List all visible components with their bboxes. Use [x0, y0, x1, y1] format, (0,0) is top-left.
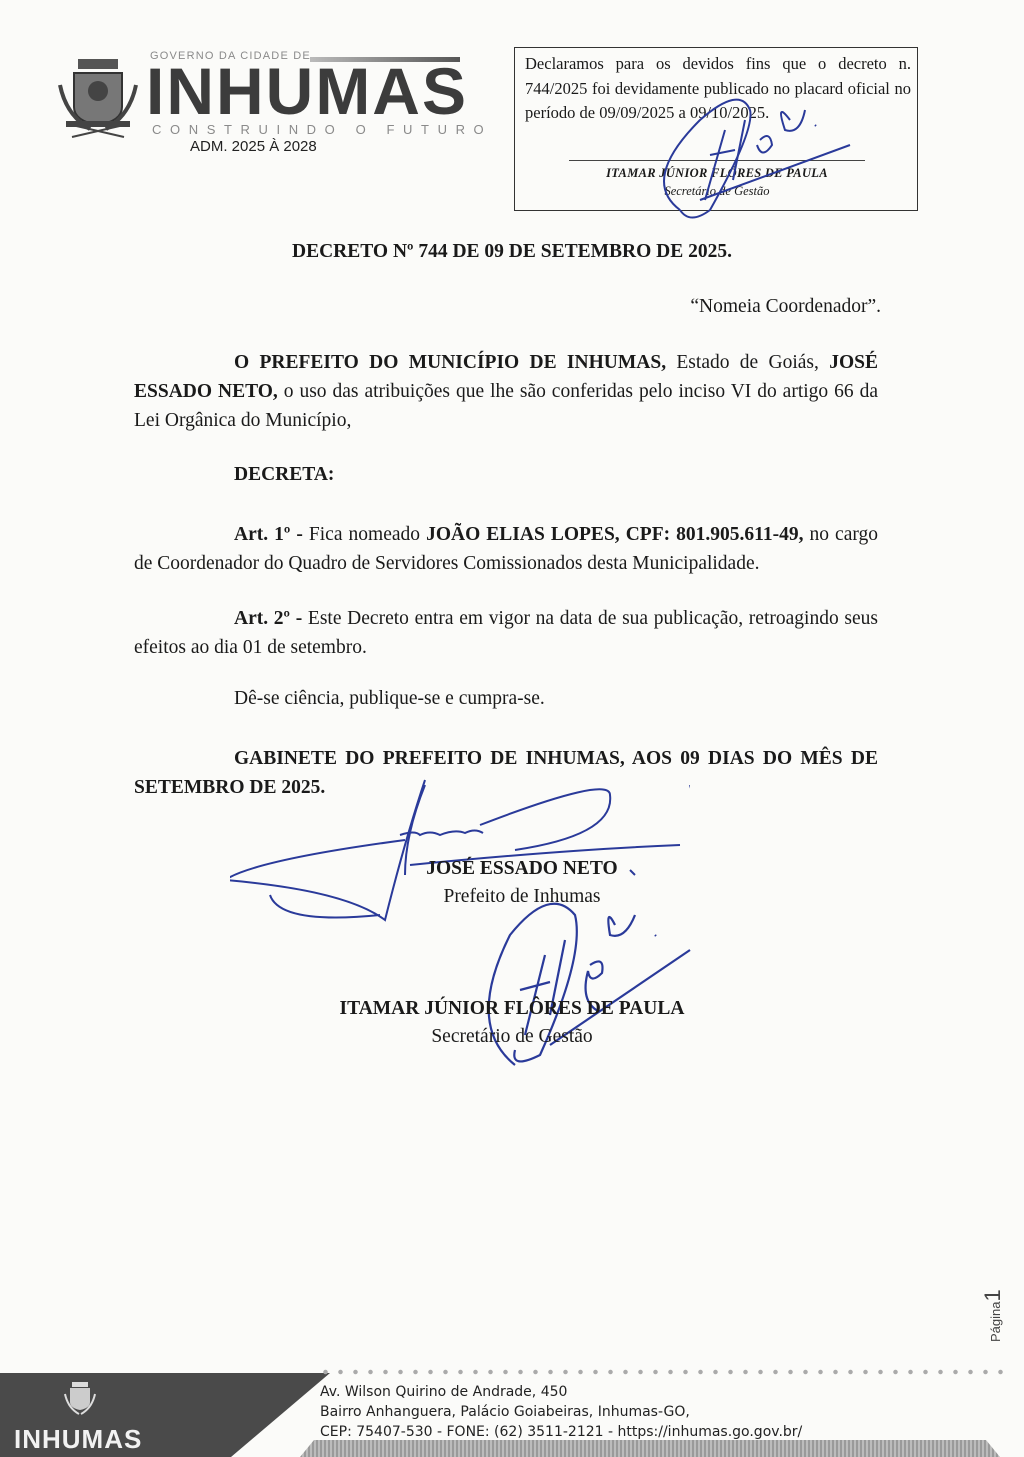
signature-line	[569, 160, 865, 161]
publication-signer-name: ITAMAR JÚNIOR FLÔRES DE PAULA	[515, 166, 919, 181]
secretary-name-signature: ITAMAR JÚNIOR FLÔRES DE PAULA	[0, 998, 1024, 1020]
mayor-name-signature: JOSÉ ESSADO NETO	[0, 858, 1024, 880]
publication-certificate-box: Declaramos para os devidos fins que o de…	[514, 47, 918, 211]
logo-slogan: CONSTRUINDO O FUTURO	[152, 122, 492, 137]
publication-signer-role: Secretário de Gestão	[515, 184, 919, 199]
footer-crest-icon	[62, 1380, 98, 1416]
publication-statement: Declaramos para os devidos fins que o de…	[525, 52, 911, 126]
decree-summary: “Nomeia Coordenador”.	[690, 296, 881, 318]
decreta-heading: DECRETA:	[234, 464, 334, 486]
address-district: Bairro Anhanguera, Palácio Goiabeiras, I…	[320, 1402, 802, 1422]
footer-dots-divider	[318, 1368, 1008, 1376]
page-number-value: 1	[980, 1289, 1005, 1301]
footer-stripe	[300, 1440, 1000, 1457]
logo-city-name: INHUMAS	[146, 58, 468, 124]
mayor-role: Prefeito de Inhumas	[0, 886, 1024, 908]
preamble-authority: O PREFEITO DO MUNICÍPIO DE INHUMAS,	[234, 352, 666, 373]
preamble-paragraph: O PREFEITO DO MUNICÍPIO DE INHUMAS, Esta…	[134, 348, 878, 435]
appointee-name-cpf: JOÃO ELIAS LOPES, CPF: 801.905.611-49,	[426, 524, 803, 545]
closing-statement: Dê-se ciência, publique-se e cumpra-se.	[234, 688, 545, 710]
article-1-text: Fica nomeado	[309, 524, 426, 545]
logo-administration: ADM. 2025 À 2028	[190, 138, 317, 155]
article-1-label: Art. 1º -	[234, 524, 309, 545]
footer-logo: INHUMAS	[14, 1424, 142, 1455]
page-label: Página	[988, 1302, 1003, 1342]
footer-address: Av. Wilson Quirino de Andrade, 450 Bairr…	[320, 1382, 802, 1442]
secretary-role: Secretário de Gestão	[0, 1026, 1024, 1048]
page-number: Página1	[980, 1262, 1004, 1342]
article-2-label: Art. 2º -	[234, 608, 308, 629]
article-1: Art. 1º - Fica nomeado JOÃO ELIAS LOPES,…	[134, 520, 878, 578]
decree-title: DECRETO Nº 744 DE 09 DE SETEMBRO DE 2025…	[0, 241, 1024, 263]
preamble-text: Estado de Goiás,	[666, 352, 829, 373]
address-contact: CEP: 75407-530 - FONE: (62) 3511-2121 - …	[320, 1422, 802, 1442]
city-crest-icon	[52, 55, 144, 141]
article-2: Art. 2º - Este Decreto entra em vigor na…	[134, 604, 878, 662]
gabinete-statement: GABINETE DO PREFEITO DE INHUMAS, AOS 09 …	[134, 744, 878, 802]
address-street: Av. Wilson Quirino de Andrade, 450	[320, 1382, 802, 1402]
